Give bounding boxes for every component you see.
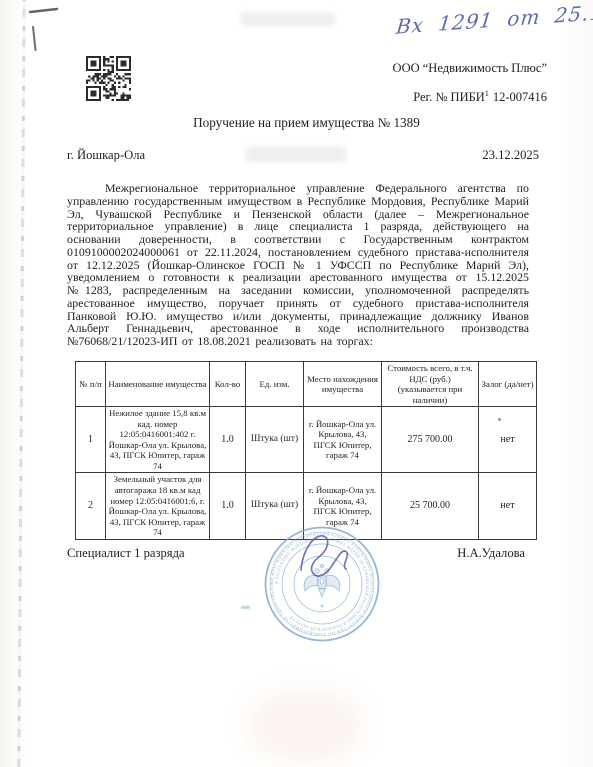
handwritten-signature bbox=[285, 528, 365, 598]
stamp-bottom-mark: ◆ bbox=[321, 604, 324, 608]
cell-name: Земельный участок для автогаража 18 кв.м… bbox=[106, 473, 210, 539]
col-header-unit: Ед. изм. bbox=[246, 362, 304, 407]
table-header-row: № п/п Наименование имущества Кол-во Ед. … bbox=[76, 362, 537, 407]
reg-prefix: Рег. № ПИБИ bbox=[413, 90, 485, 104]
document-title: Поручение на прием имущества № 1389 bbox=[40, 115, 573, 131]
cell-pledge: нет bbox=[479, 473, 537, 539]
handwritten-inbox-note: Вх 1291 от 25.12.25 bbox=[395, 1, 587, 38]
col-header-cost: Стоимость всего, в т.ч. НДС (руб.) (указ… bbox=[382, 362, 479, 407]
registration-number: Рег. № ПИБИ112-007416 bbox=[393, 86, 547, 105]
scan-smudge bbox=[240, 12, 335, 26]
cell-qty: 1.0 bbox=[210, 407, 246, 473]
cell-name: Нежилое здание 15,8 кв.м кад. номер 12:0… bbox=[106, 407, 210, 473]
org-name: ООО “Недвижимость Плюс” bbox=[393, 60, 547, 76]
col-header-qty: Кол-во bbox=[210, 362, 246, 407]
cell-cost: 275 700.00 bbox=[382, 407, 479, 473]
city-date-row: г. Йошкар-Ола 23.12.2025 bbox=[67, 148, 539, 163]
col-header-pledge: Залог (да/нет) bbox=[479, 362, 537, 407]
ink-fleck bbox=[241, 606, 250, 609]
reg-number: 12-007416 bbox=[493, 90, 547, 104]
cell-unit: Штука (шт) bbox=[246, 407, 304, 473]
col-header-name: Наименование имущества bbox=[106, 362, 210, 407]
scanned-document: { "colors": { "text": "#1f1f1f", "handwr… bbox=[0, 0, 593, 767]
date: 23.12.2025 bbox=[482, 148, 539, 163]
table-row: 1 Нежилое здание 15,8 кв.м кад. номер 12… bbox=[76, 407, 537, 473]
signatory-name: Н.А.Удалова bbox=[457, 546, 525, 561]
cell-qty: 1.0 bbox=[210, 473, 246, 539]
qr-code-icon bbox=[86, 56, 131, 101]
city: г. Йошкар-Ола bbox=[67, 148, 145, 163]
property-table: № п/п Наименование имущества Кол-во Ед. … bbox=[75, 361, 537, 540]
document-header: ООО “Недвижимость Плюс” Рег. № ПИБИ112-0… bbox=[393, 60, 547, 115]
cell-location: г. Йошкар-Ола ул. Крылова, 43, ПГСК Юпит… bbox=[304, 407, 382, 473]
scanner-edge-artifact bbox=[17, 0, 25, 767]
signatory-role: Специалист 1 разряда bbox=[67, 546, 185, 561]
reg-superscript: 1 bbox=[485, 89, 489, 98]
scan-blotch bbox=[248, 688, 363, 763]
col-header-location: Место нахождения имущества bbox=[304, 362, 382, 407]
pen-mark-icon bbox=[24, 4, 68, 56]
col-header-num: № п/п bbox=[76, 362, 106, 407]
cell-cost: 25 700.00 bbox=[382, 473, 479, 539]
body-paragraph: Межрегиональное территориальное управлен… bbox=[67, 182, 529, 348]
cell-pledge: нет bbox=[479, 407, 537, 473]
scan-dot-artifact bbox=[498, 418, 501, 421]
cell-num: 2 bbox=[76, 473, 106, 539]
cell-num: 1 bbox=[76, 407, 106, 473]
